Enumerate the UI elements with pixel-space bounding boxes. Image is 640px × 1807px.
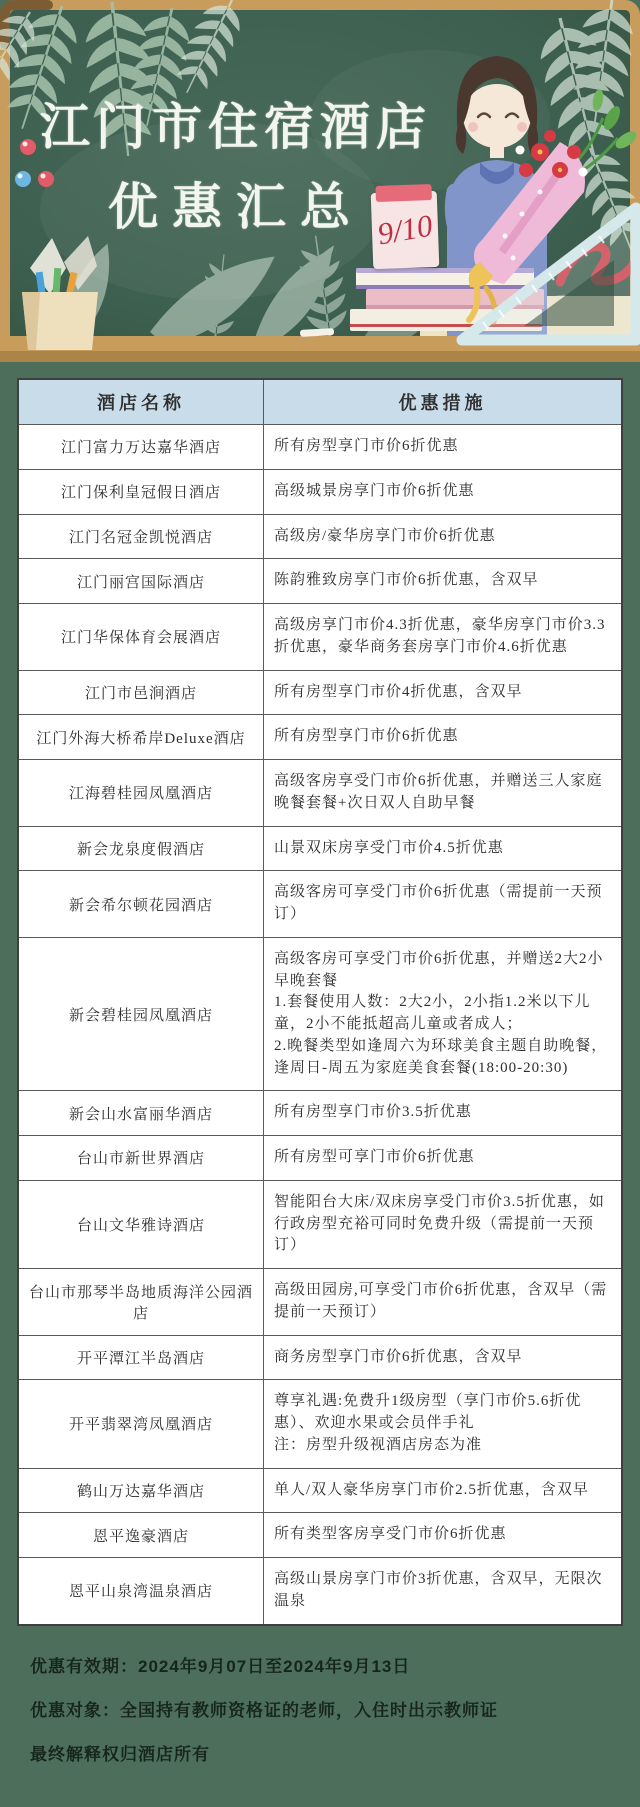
table-row: 江门市邑涧酒店 所有房型享门市价4折优惠，含双早 (18, 670, 622, 715)
offer-cell: 高级客房享受门市价6折优惠，并赠送三人家庭晚餐套餐+次日双人自助早餐 (264, 760, 623, 827)
offer-cell: 陈韵雅致房享门市价6折优惠，含双早 (264, 559, 623, 604)
offer-cell: 高级山景房享门市价3折优惠，含双早，无限次温泉 (264, 1558, 623, 1625)
hotel-name-cell: 开平翡翠湾凤凰酒店 (18, 1380, 264, 1468)
offer-cell: 商务房型享门市价6折优惠，含双早 (264, 1335, 623, 1380)
offer-cell: 所有类型客房享受门市价6折优惠 (264, 1513, 623, 1558)
calendar-tab (375, 184, 432, 202)
table-row: 江门华保体育会展酒店 高级房享门市价4.3折优惠，豪华房享门市价3.3折优惠，豪… (18, 604, 622, 671)
table-row: 江门保利皇冠假日酒店 高级城景房享门市价6折优惠 (18, 469, 622, 514)
table-row: 台山市那琴半岛地质海洋公园酒店 高级田园房,可享受门市价6折优惠，含双早（需提前… (18, 1269, 622, 1336)
hotel-name-cell: 江门富力万达嘉华酒店 (18, 425, 264, 470)
table-row: 新会山水富丽华酒店 所有房型享门市价3.5折优惠 (18, 1091, 622, 1136)
hotel-name-cell: 开平潭江半岛酒店 (18, 1335, 264, 1380)
table-row: 恩平逸豪酒店 所有类型客房享受门市价6折优惠 (18, 1513, 622, 1558)
hotel-name-cell: 江海碧桂园凤凰酒店 (18, 760, 264, 827)
table-row: 鹤山万达嘉华酒店 单人/双人豪华房享门市价2.5折优惠，含双早 (18, 1468, 622, 1513)
table-row: 新会龙泉度假酒店 山景双床房享受门市价4.5折优惠 (18, 826, 622, 871)
offer-cell: 高级房/豪华房享门市价6折优惠 (264, 514, 623, 559)
offer-cell: 高级客房可享受门市价6折优惠（需提前一天预订） (264, 871, 623, 938)
offer-cell: 所有房型享门市价3.5折优惠 (264, 1091, 623, 1136)
table-header-row: 酒店名称 优惠措施 (18, 379, 622, 425)
hotel-name-cell: 新会碧桂园凤凰酒店 (18, 937, 264, 1091)
hotel-name-cell: 江门华保体育会展酒店 (18, 604, 264, 671)
table-row: 开平潭江半岛酒店 商务房型享门市价6折优惠，含双早 (18, 1335, 622, 1380)
hotel-name-cell: 新会龙泉度假酒店 (18, 826, 264, 871)
table-row: 江门外海大桥希岸Deluxe酒店 所有房型享门市价6折优惠 (18, 715, 622, 760)
hotel-table-body: 江门富力万达嘉华酒店 所有房型享门市价6折优惠 江门保利皇冠假日酒店 高级城景房… (18, 425, 622, 1625)
offer-cell: 所有房型享门市价6折优惠 (264, 715, 623, 760)
table-row: 新会碧桂园凤凰酒店 高级客房可享受门市价6折优惠，并赠送2大2小早晚套餐 1.套… (18, 937, 622, 1091)
table-row: 江门丽宫国际酒店 陈韵雅致房享门市价6折优惠，含双早 (18, 559, 622, 604)
offer-cell: 高级客房可享受门市价6折优惠，并赠送2大2小早晚套餐 1.套餐使用人数：2大2小… (264, 937, 623, 1091)
offer-cell: 高级房享门市价4.3折优惠，豪华房享门市价3.3折优惠，豪华商务套房享门市价4.… (264, 604, 623, 671)
hotel-name-cell: 江门保利皇冠假日酒店 (18, 469, 264, 514)
hotel-name-cell: 新会山水富丽华酒店 (18, 1091, 264, 1136)
hotel-name-cell: 台山市那琴半岛地质海洋公园酒店 (18, 1269, 264, 1336)
offer-cell: 所有房型享门市价4折优惠，含双早 (264, 670, 623, 715)
footer: 优惠有效期：2024年9月07日至2024年9月13日 优惠对象：全国持有教师资… (0, 1626, 640, 1807)
hotel-name-cell: 江门外海大桥希岸Deluxe酒店 (18, 715, 264, 760)
footer-validity: 优惠有效期：2024年9月07日至2024年9月13日 (30, 1652, 620, 1677)
footer-disclaimer: 最终解释权归酒店所有 (30, 1740, 620, 1765)
table-row: 开平翡翠湾凤凰酒店 尊享礼遇:免费升1级房型（享门市价5.6折优惠）、欢迎水果或… (18, 1380, 622, 1468)
table-row: 江门名冠金凯悦酒店 高级房/豪华房享门市价6折优惠 (18, 514, 622, 559)
calendar-icon: 9/10 (371, 191, 440, 269)
hotel-name-cell: 恩平逸豪酒店 (18, 1513, 264, 1558)
col-offer: 优惠措施 (264, 379, 623, 425)
offer-cell: 单人/双人豪华房享门市价2.5折优惠，含双早 (264, 1468, 623, 1513)
header-banner: 江门市住宿酒店 优惠汇总 9/10 (0, 0, 640, 362)
offer-cell: 智能阳台大床/双床房享受门市价3.5折优惠，如行政房型充裕可同时免费升级（需提前… (264, 1180, 623, 1268)
hotel-name-cell: 台山文华雅诗酒店 (18, 1180, 264, 1268)
offer-cell: 所有房型可享门市价6折优惠 (264, 1136, 623, 1181)
table-row: 江门富力万达嘉华酒店 所有房型享门市价6折优惠 (18, 425, 622, 470)
page-title-line1: 江门市住宿酒店 (18, 100, 454, 155)
hotel-name-cell: 江门名冠金凯悦酒店 (18, 514, 264, 559)
table-row: 台山文华雅诗酒店 智能阳台大床/双床房享受门市价3.5折优惠，如行政房型充裕可同… (18, 1180, 622, 1268)
col-hotel-name: 酒店名称 (18, 379, 264, 425)
table-row: 江海碧桂园凤凰酒店 高级客房享受门市价6折优惠，并赠送三人家庭晚餐套餐+次日双人… (18, 760, 622, 827)
offer-cell: 山景双床房享受门市价4.5折优惠 (264, 826, 623, 871)
hotel-table: 酒店名称 优惠措施 江门富力万达嘉华酒店 所有房型享门市价6折优惠 江门保利皇冠… (17, 378, 623, 1626)
hotel-name-cell: 台山市新世界酒店 (18, 1136, 264, 1181)
table-row: 台山市新世界酒店 所有房型可享门市价6折优惠 (18, 1136, 622, 1181)
offer-cell: 所有房型享门市价6折优惠 (264, 425, 623, 470)
hotel-name-cell: 江门市邑涧酒店 (18, 670, 264, 715)
calendar-date: 9/10 (369, 207, 440, 254)
table-row: 新会希尔顿花园酒店 高级客房可享受门市价6折优惠（需提前一天预订） (18, 871, 622, 938)
hotel-name-cell: 恩平山泉湾温泉酒店 (18, 1558, 264, 1625)
hotel-table-container: 酒店名称 优惠措施 江门富力万达嘉华酒店 所有房型享门市价6折优惠 江门保利皇冠… (17, 378, 623, 1626)
offer-cell: 尊享礼遇:免费升1级房型（享门市价5.6折优惠）、欢迎水果或会员伴手礼 注：房型… (264, 1380, 623, 1468)
offer-cell: 高级田园房,可享受门市价6折优惠，含双早（需提前一天预订） (264, 1269, 623, 1336)
hotel-name-cell: 江门丽宫国际酒店 (18, 559, 264, 604)
offer-cell: 高级城景房享门市价6折优惠 (264, 469, 623, 514)
table-row: 恩平山泉湾温泉酒店 高级山景房享门市价3折优惠，含双早，无限次温泉 (18, 1558, 622, 1625)
hotel-name-cell: 新会希尔顿花园酒店 (18, 871, 264, 938)
hotel-name-cell: 鹤山万达嘉华酒店 (18, 1468, 264, 1513)
footer-audience: 优惠对象：全国持有教师资格证的老师，入住时出示教师证 (30, 1696, 620, 1721)
